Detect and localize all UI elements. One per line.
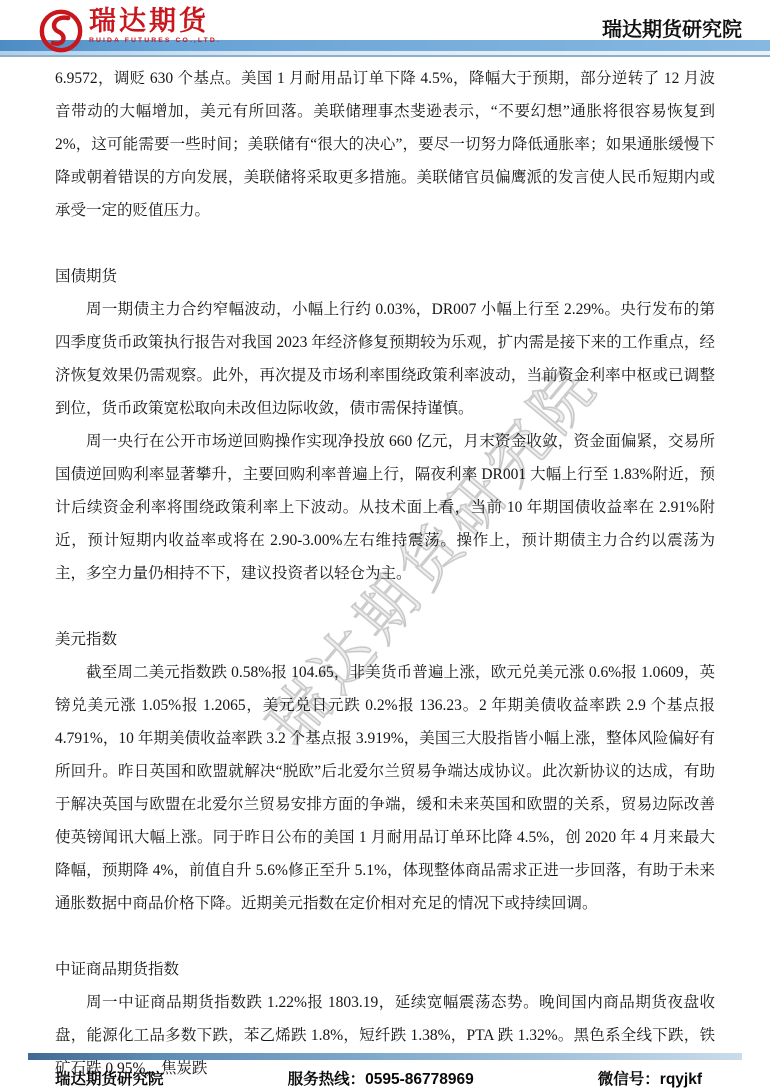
brand-name-en: RUIDA FUTURES CO.,LTD. [89, 37, 221, 44]
company-logo: 瑞达期货 RUIDA FUTURES CO.,LTD. [38, 7, 221, 59]
body-paragraph: 截至周二美元指数跌 0.58%报 104.65，非美货币普遍上涨，欧元兑美元涨 … [55, 656, 715, 920]
document-body: 6.9572，调贬 630 个基点。美国 1 月耐用品订单下降 4.5%，降幅大… [0, 57, 770, 1085]
section-heading: 中证商品期货指数 [55, 953, 715, 986]
ruida-logo-icon [38, 8, 84, 59]
section-heading: 国债期货 [55, 260, 715, 293]
report-page: 瑞达期货 RUIDA FUTURES CO.,LTD. 瑞达期货研究院 瑞达期货… [0, 0, 770, 1090]
body-paragraph: 周一期债主力合约窄幅波动，小幅上行约 0.03%，DR007 小幅上行至 2.2… [55, 293, 715, 425]
body-paragraph: 周一央行在公开市场逆回购操作实现净投放 660 亿元，月末资金收敛，资金面偏紧，… [55, 425, 715, 590]
page-header: 瑞达期货 RUIDA FUTURES CO.,LTD. 瑞达期货研究院 [0, 0, 770, 40]
brand-name-cn: 瑞达期货 [89, 7, 221, 36]
header-institute-title: 瑞达期货研究院 [602, 19, 742, 41]
body-paragraph: 周一中证商品期货指数跌 1.22%报 1803.19，延续宽幅震荡态势。晚间国内… [55, 986, 715, 1085]
logo-text: 瑞达期货 RUIDA FUTURES CO.,LTD. [89, 7, 221, 44]
section-heading: 美元指数 [55, 623, 715, 656]
continuation-paragraph: 6.9572，调贬 630 个基点。美国 1 月耐用品订单下降 4.5%，降幅大… [55, 62, 715, 227]
